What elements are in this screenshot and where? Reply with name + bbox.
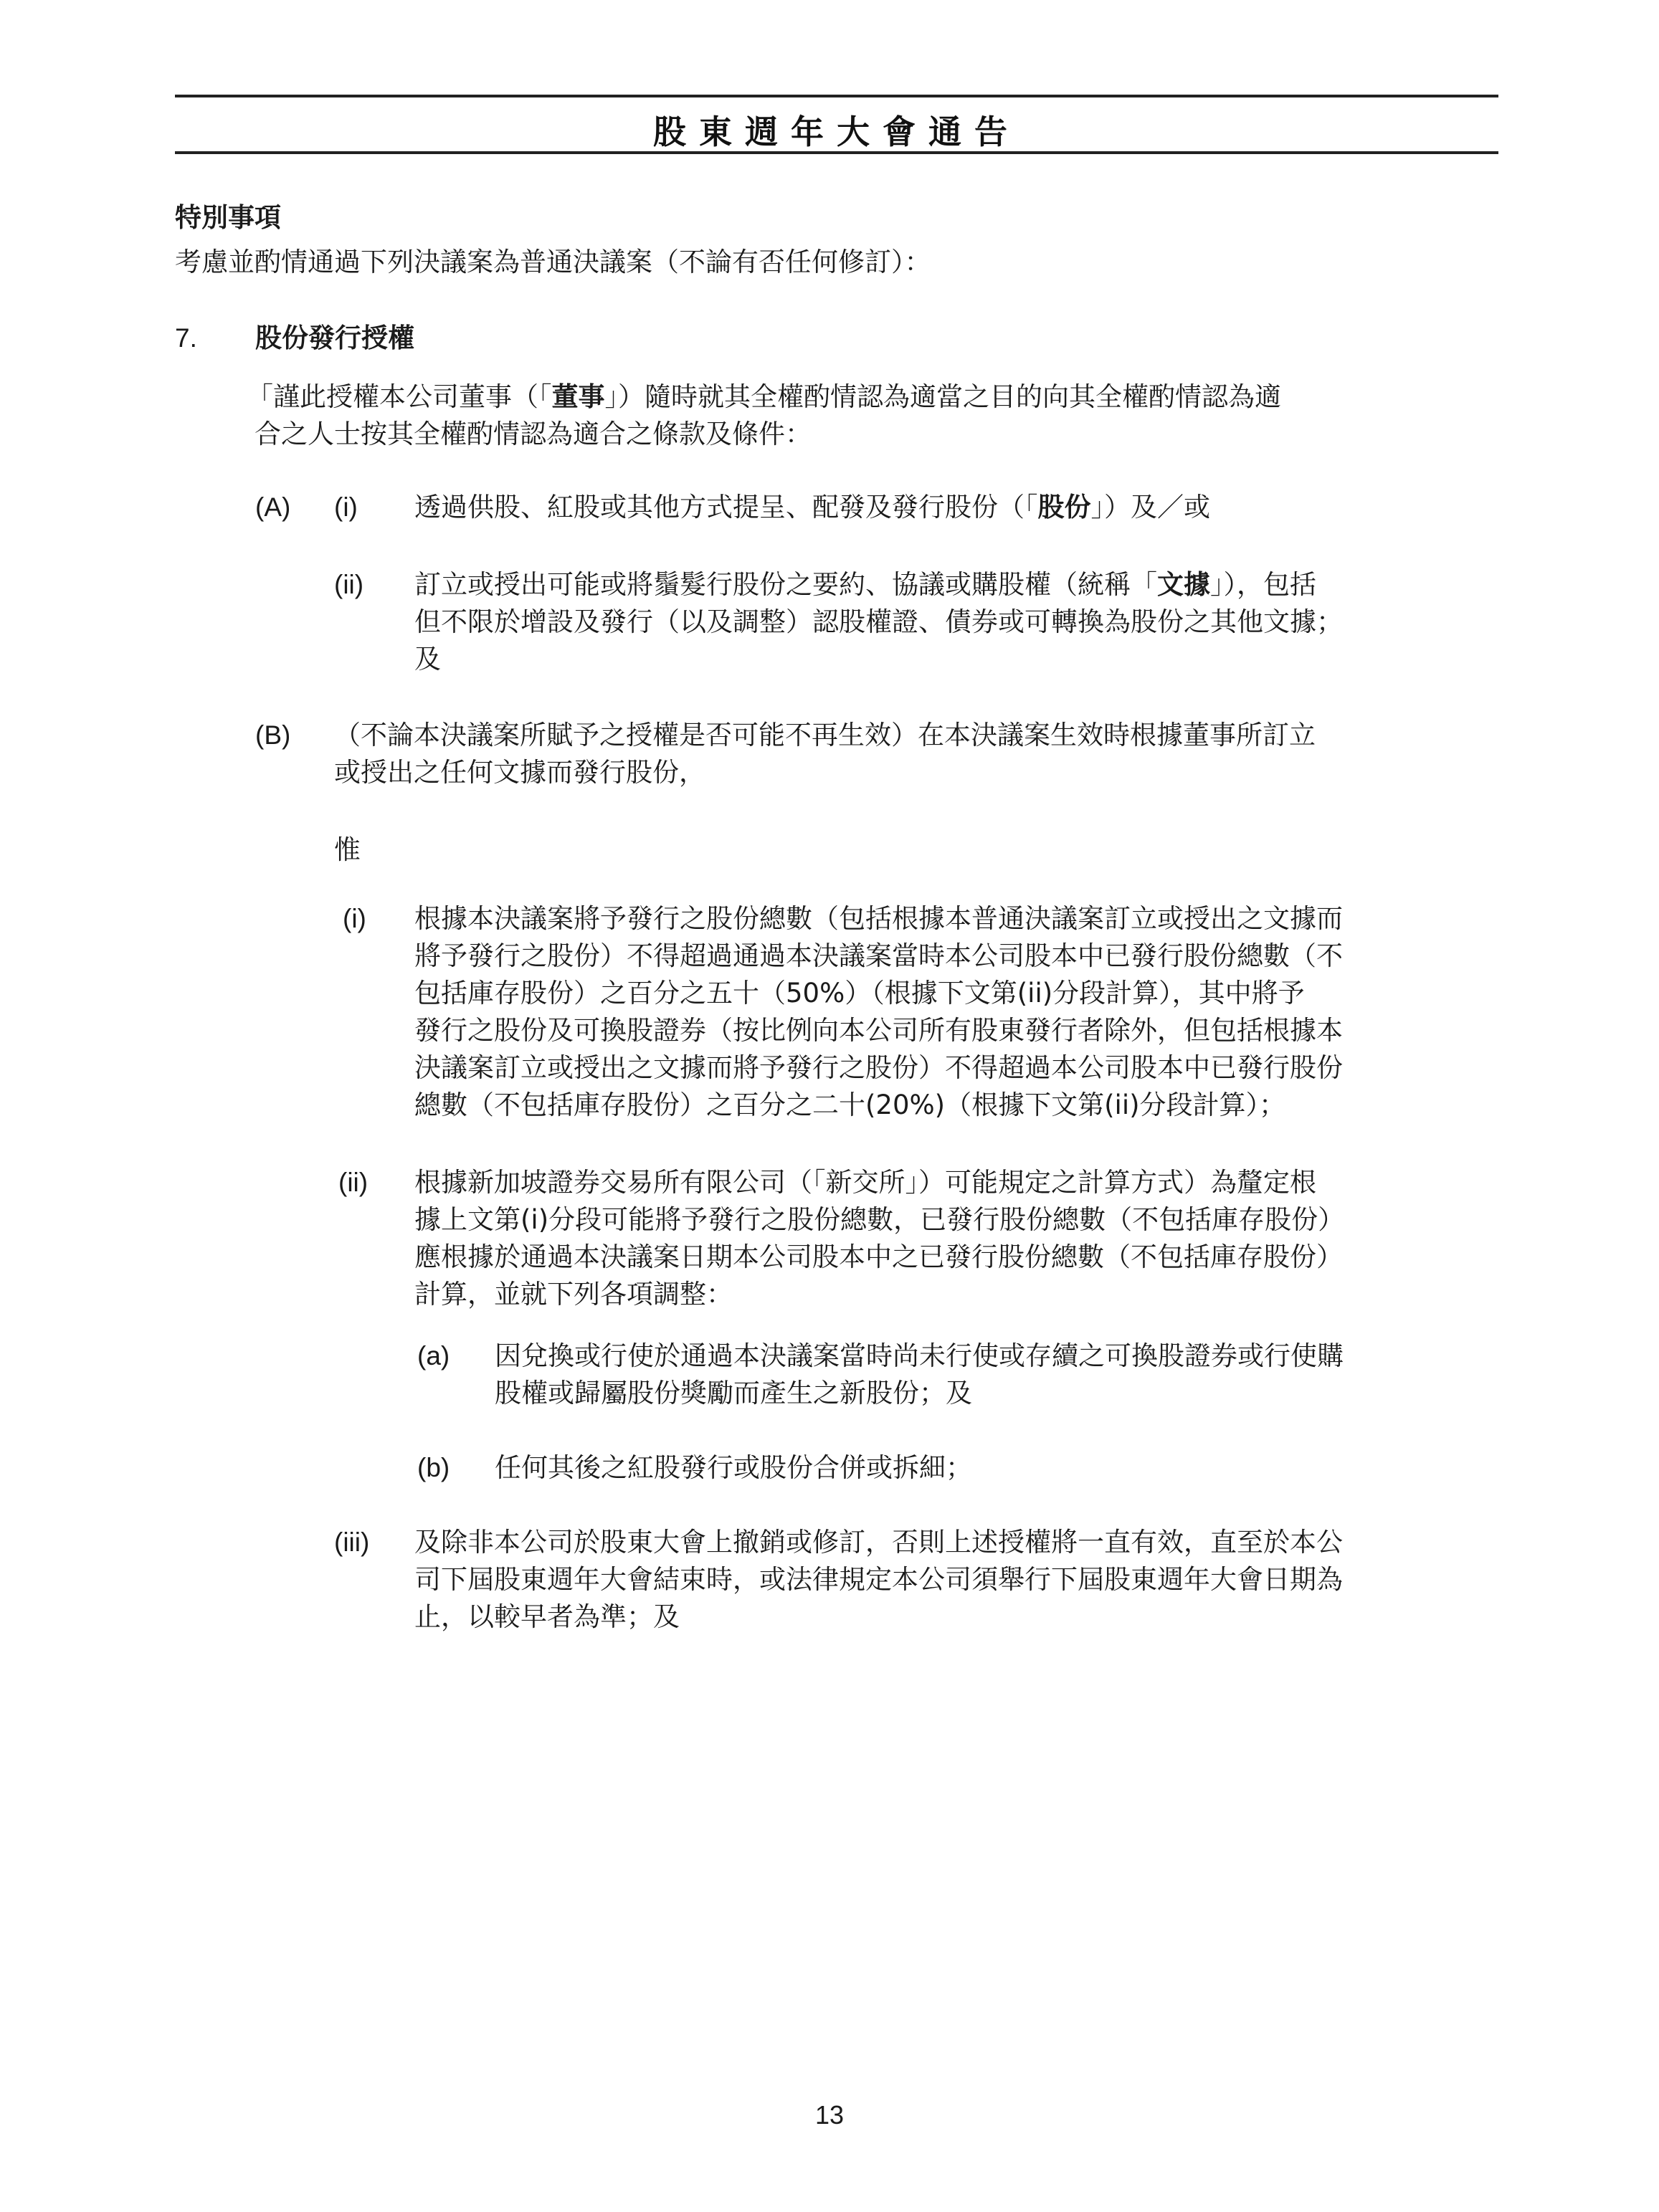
condition-line: 根據本決議案將予發行之股份總數（包括根據本普通決議案訂立或授出之文據而 — [414, 900, 1343, 938]
condition-iii-label: (iii) — [334, 1524, 369, 1561]
condition-line: 司下屆股東週年大會結束時，或法律規定本公司須舉行下屆股東週年大會日期為 — [414, 1561, 1343, 1598]
sub-b-text: 任何其後之紅股發行或股份合併或拆細； — [495, 1449, 972, 1487]
clause-line: 但不限於增設及發行（以及調整）認股權證、債券或可轉換為股份之其他文據； — [414, 604, 1343, 641]
clause-a-label: (A) — [255, 489, 290, 526]
intro-line: 合之人士按其全權酌情認為適合之條款及條件： — [247, 416, 1281, 453]
sub-a-label: (a) — [417, 1338, 450, 1375]
condition-line: 止，以較早者為準；及 — [414, 1598, 1343, 1636]
intro-line: 「謹此授權本公司董事（「董事」）隨時就其全權酌情認為適當之目的向其全權酌情認為適 — [247, 378, 1281, 416]
clause-line: 及 — [414, 641, 1343, 678]
clause-a-ii-label: (ii) — [334, 566, 363, 604]
condition-line: 根據新加坡證券交易所有限公司（「新交所」）可能規定之計算方式）為釐定根 — [414, 1164, 1344, 1201]
condition-line: 決議案訂立或授出之文據而將予發行之股份）不得超過本公司股本中已發行股份 — [414, 1049, 1343, 1087]
condition-line: 及除非本公司於股東大會上撤銷或修訂，否則上述授權將一直有效，直至於本公 — [414, 1524, 1343, 1561]
condition-ii-label: (ii) — [338, 1164, 368, 1201]
page-number: 13 — [0, 2100, 1659, 2130]
clause-a-ii-text: 訂立或授出可能或將鬚髮行股份之要約、協議或購股權（統稱「文據」），包括 但不限於… — [414, 566, 1343, 678]
clause-line: 或授出之任何文據而發行股份， — [334, 754, 1316, 791]
condition-line: 總數（不包括庫存股份）之百分之二十(20%)（根據下文第(ii)分段計算）； — [414, 1087, 1343, 1124]
page-title: 股東週年大會通告 — [175, 106, 1498, 153]
header-top-rule — [175, 95, 1498, 97]
clause-a-i-text: 透過供股、紅股或其他方式提呈、配發及發行股份（「股份」）及／或 — [414, 489, 1210, 526]
clause-line: （不論本決議案所賦予之授權是否可能不再生效）在本決議案生效時根據董事所訂立 — [334, 717, 1316, 754]
item-heading: 股份發行授權 — [255, 320, 414, 357]
term-directors: 董事 — [552, 381, 605, 412]
condition-line: 包括庫存股份）之百分之五十（50%）（根據下文第(ii)分段計算），其中將予 — [414, 975, 1343, 1012]
clause-line: 訂立或授出可能或將鬚髮行股份之要約、協議或購股權（統稱「文據」），包括 — [414, 566, 1343, 604]
condition-iii-text: 及除非本公司於股東大會上撤銷或修訂，否則上述授權將一直有效，直至於本公 司下屆股… — [414, 1524, 1343, 1636]
section-intro: 考慮並酌情通過下列決議案為普通決議案（不論有否任何修訂）： — [175, 244, 931, 281]
condition-i-label: (i) — [343, 900, 366, 938]
sub-a-text: 因兌換或行使於通過本決議案當時尚未行使或存續之可換股證券或行使購 股權或歸屬股份… — [495, 1338, 1344, 1412]
condition-ii-text: 根據新加坡證券交易所有限公司（「新交所」）可能規定之計算方式）為釐定根 據上文第… — [414, 1164, 1344, 1313]
header-bottom-rule — [175, 151, 1498, 154]
sub-line: 股權或歸屬股份獎勵而產生之新股份；及 — [495, 1375, 1344, 1412]
clause-b-label: (B) — [255, 717, 290, 754]
term-shares: 股份 — [1038, 492, 1091, 523]
clause-b-text: （不論本決議案所賦予之授權是否可能不再生效）在本決議案生效時根據董事所訂立 或授… — [334, 717, 1316, 791]
item-number: 7. — [175, 320, 197, 357]
condition-line: 發行之股份及可換股證券（按比例向本公司所有股東發行者除外，但包括根據本 — [414, 1012, 1343, 1049]
condition-i-text: 根據本決議案將予發行之股份總數（包括根據本普通決議案訂立或授出之文據而 將予發行… — [414, 900, 1343, 1124]
clause-line: 透過供股、紅股或其他方式提呈、配發及發行股份（「股份」）及／或 — [414, 489, 1210, 526]
item-intro: 「謹此授權本公司董事（「董事」）隨時就其全權酌情認為適當之目的向其全權酌情認為適… — [247, 378, 1281, 453]
sub-line: 任何其後之紅股發行或股份合併或拆細； — [495, 1449, 972, 1487]
sub-line: 因兌換或行使於通過本決議案當時尚未行使或存續之可換股證券或行使購 — [495, 1338, 1344, 1375]
proviso: 惟 — [334, 831, 361, 869]
condition-line: 應根據於通過本決議案日期本公司股本中之已發行股份總數（不包括庫存股份） — [414, 1239, 1344, 1276]
condition-line: 據上文第(i)分段可能將予發行之股份總數，已發行股份總數（不包括庫存股份） — [414, 1201, 1344, 1239]
term-instruments: 文據 — [1157, 569, 1210, 600]
clause-a-i-label: (i) — [334, 489, 358, 526]
condition-line: 計算，並就下列各項調整： — [414, 1276, 1344, 1313]
sub-b-label: (b) — [417, 1449, 450, 1487]
section-heading: 特別事項 — [175, 199, 281, 237]
condition-line: 將予發行之股份）不得超過通過本決議案當時本公司股本中已發行股份總數（不 — [414, 938, 1343, 975]
